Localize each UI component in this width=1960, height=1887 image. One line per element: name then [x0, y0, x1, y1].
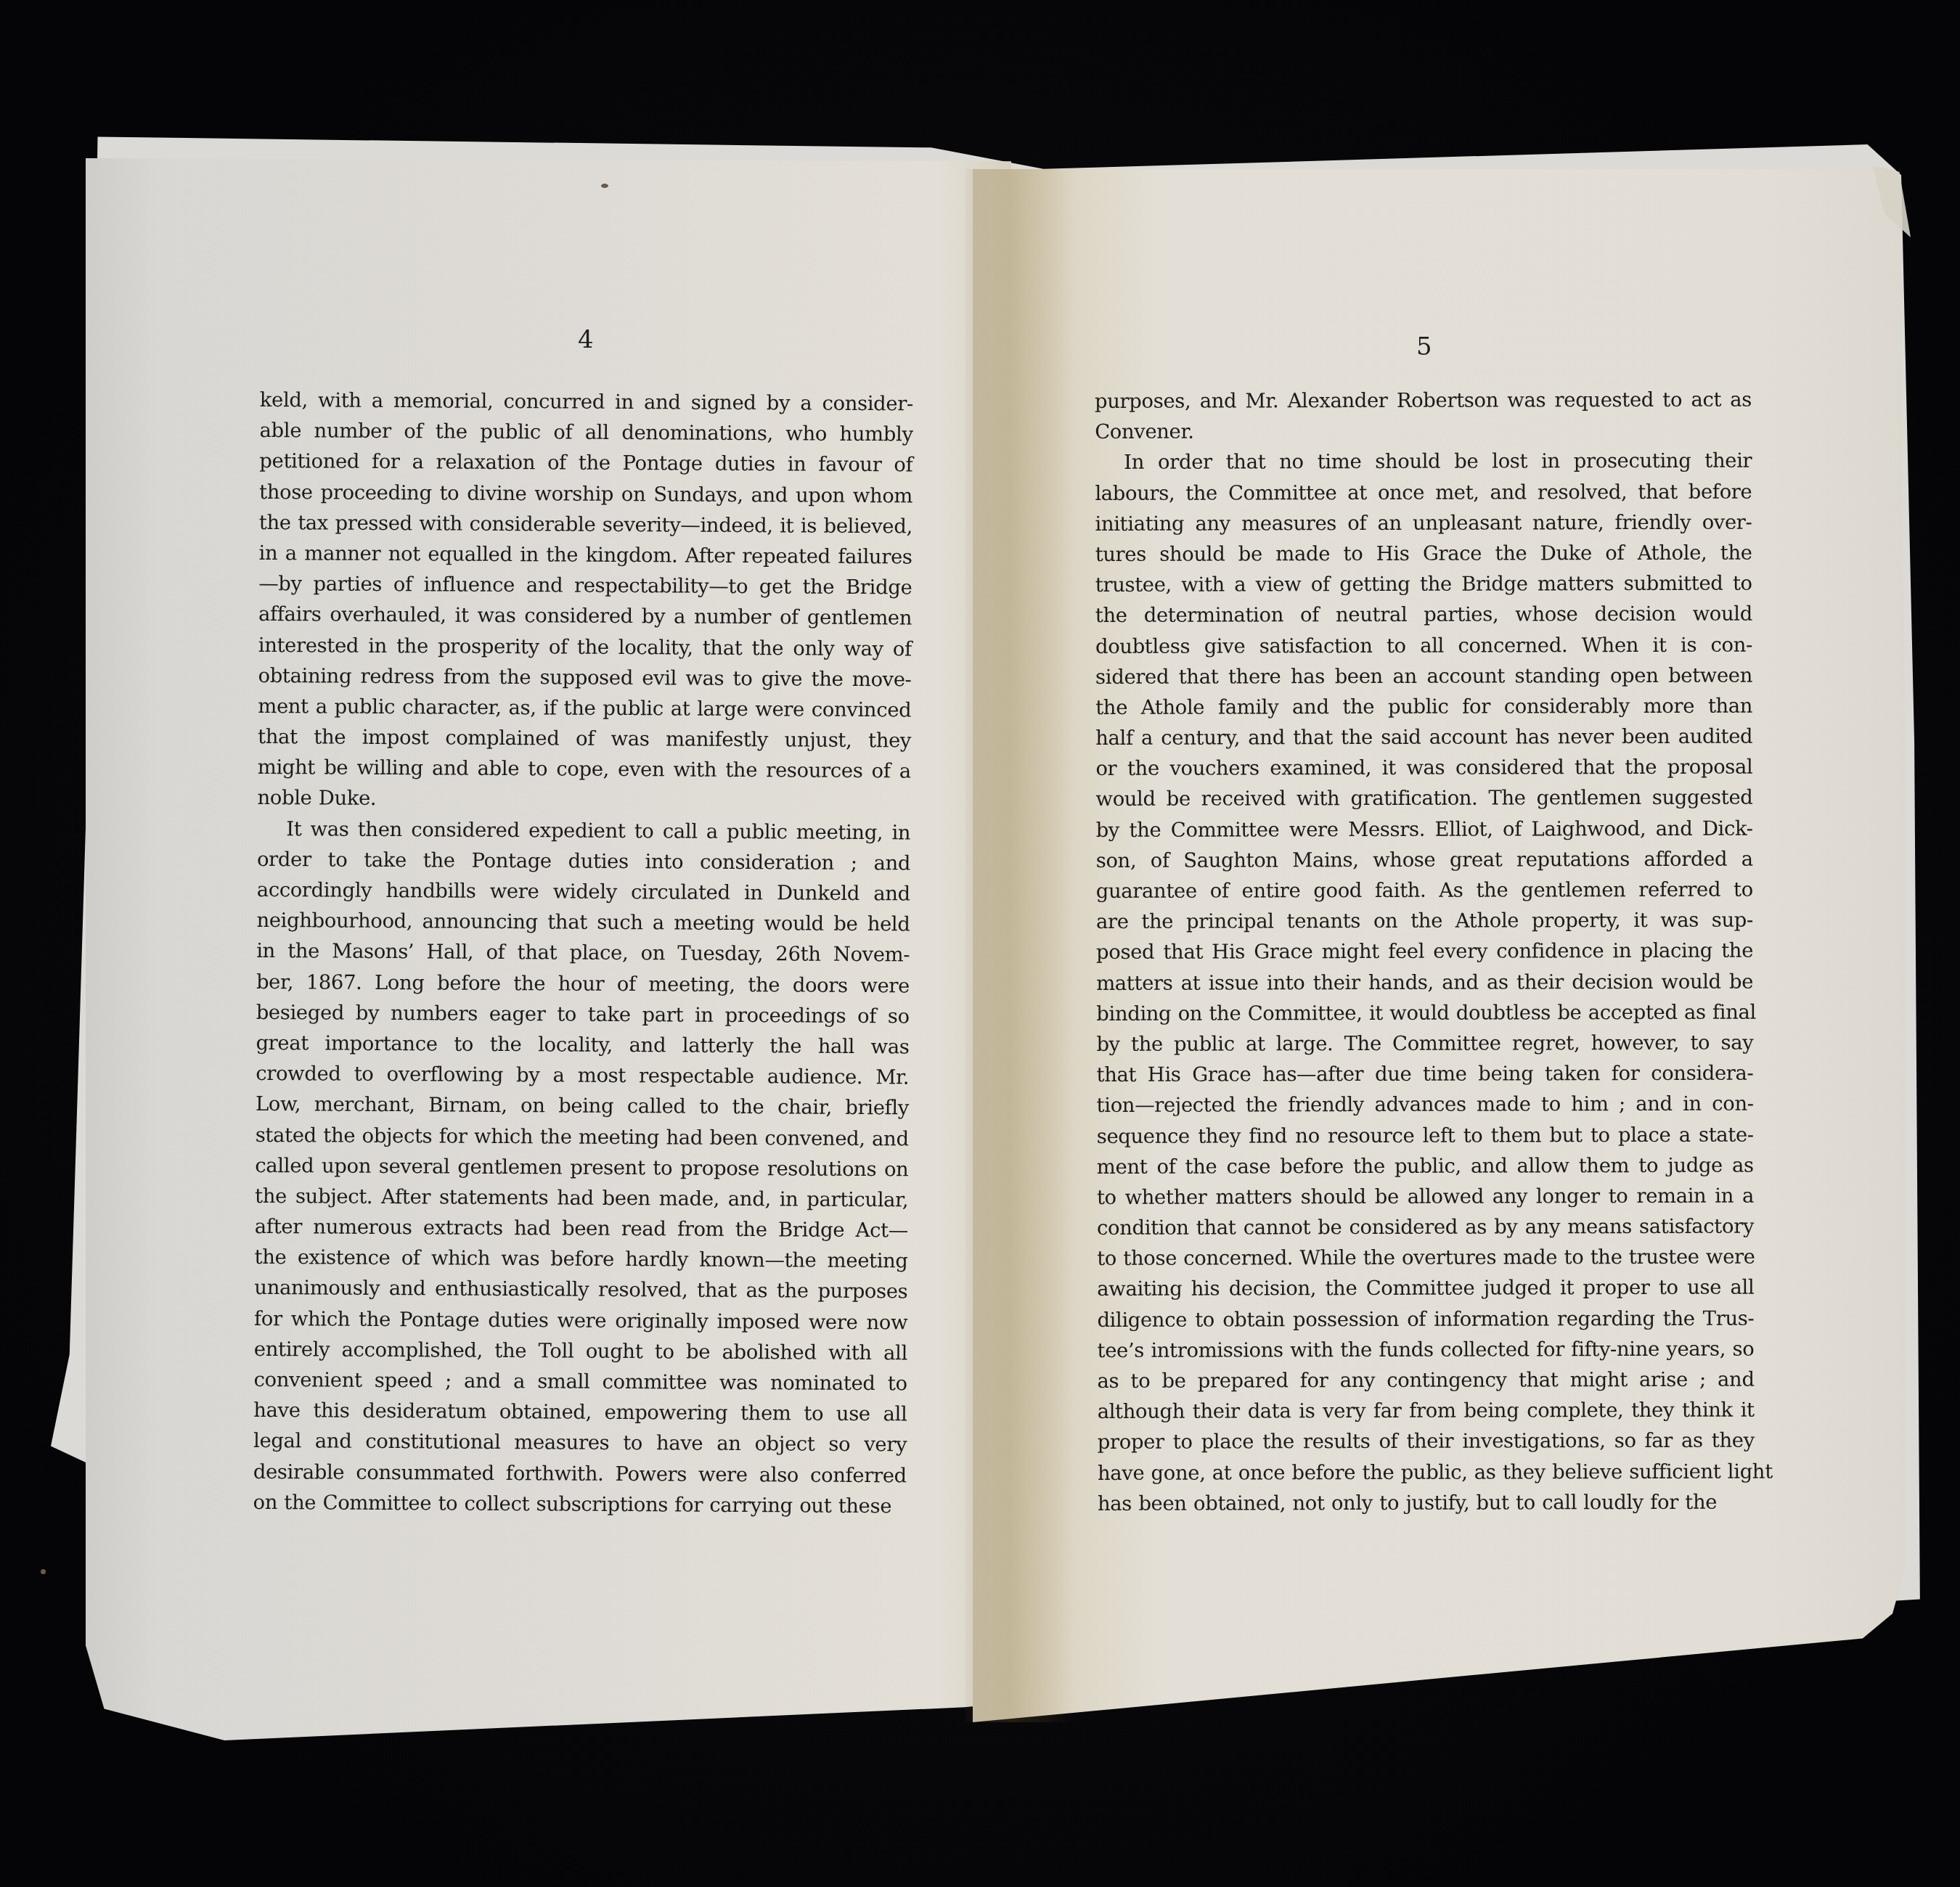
text-line: tee’s intromissions with the funds colle…: [1097, 1333, 1754, 1366]
page-number-right: 5: [1416, 332, 1432, 361]
text-line: It was then considered expedient to call…: [257, 814, 910, 848]
text-line: for which the Pontage duties were origin…: [254, 1303, 907, 1338]
text-line: that His Grace has—after due time being …: [1096, 1058, 1753, 1091]
text-line: initiating any measures of an unpleasant…: [1095, 507, 1752, 539]
text-line: in a manner not equalled in the kingdom.…: [258, 538, 912, 573]
text-line: condition that cannot be considered as b…: [1097, 1211, 1754, 1244]
text-line: purposes, and Mr. Alexander Robertson wa…: [1095, 385, 1752, 417]
text-line: stated the objects for which the meeting…: [256, 1119, 909, 1154]
text-line: affairs overhauled, it was considered by…: [258, 599, 912, 634]
text-line: posed that His Grace might feel every co…: [1096, 936, 1753, 968]
scan-background: 4 5 keld, with a memorial, concurred in …: [0, 0, 1960, 1887]
text-line: are the principal tenants on the Athole …: [1096, 905, 1753, 938]
text-line: order to take the Pontage duties into co…: [257, 844, 910, 879]
text-line: entirely accomplished, the Toll ought to…: [254, 1334, 907, 1369]
left-page-body: keld, with a memorial, concurred in and …: [253, 385, 913, 1521]
text-line: ment of the case before the public, and …: [1097, 1150, 1754, 1182]
text-line: —by parties of influence and respectabil…: [258, 568, 912, 603]
text-line: tures should be made to His Grace the Du…: [1095, 538, 1752, 570]
text-line: desirable consummated forthwith. Powers …: [253, 1457, 907, 1491]
page-number-left: 4: [578, 325, 594, 354]
text-line: ber, 1867. Long before the hour of meeti…: [256, 967, 910, 1002]
text-line: the existence of which was before hardly…: [255, 1242, 908, 1277]
text-line: besieged by numbers eager to take part i…: [256, 997, 910, 1032]
text-line: trustee, with a view of getting the Brid…: [1095, 568, 1752, 601]
text-line: might be willing and able to cope, even …: [258, 752, 911, 787]
text-line: guarantee of entire good faith. As the g…: [1096, 875, 1753, 907]
right-page-body: purposes, and Mr. Alexander Robertson wa…: [1095, 385, 1755, 1519]
text-line: by the public at large. The Committee re…: [1096, 1028, 1753, 1060]
text-line: that the impost complained of was manife…: [258, 721, 911, 756]
text-line: labours, the Committee at once met, and …: [1095, 476, 1752, 509]
text-line: Convener.: [1095, 415, 1752, 448]
paper-speck: [601, 184, 608, 188]
text-line: binding on the Committee, it would doubt…: [1096, 996, 1753, 1029]
text-line: half a century, and that the said accoun…: [1095, 721, 1752, 754]
text-line: sequence they find no resource left to t…: [1097, 1119, 1754, 1152]
text-line: interested in the prosperity of the loca…: [258, 629, 912, 664]
text-line: the Athole family and the public for con…: [1095, 691, 1752, 724]
text-line: proper to place the results of their inv…: [1098, 1425, 1755, 1458]
text-line: the subject. After statements had been m…: [255, 1181, 908, 1216]
text-line: crowded to overflowing by a most respect…: [256, 1058, 909, 1093]
text-line: called upon several gentlemen present to…: [255, 1150, 908, 1185]
text-line: the determination of neutral parties, wh…: [1095, 599, 1752, 631]
text-line: able number of the public of all denomin…: [259, 415, 912, 450]
text-line: would be received with gratification. Th…: [1095, 782, 1752, 815]
text-line: on the Committee to collect subscription…: [253, 1487, 906, 1522]
text-line: Low, merchant, Birnam, on being called t…: [256, 1089, 909, 1123]
text-line: in the Masons’ Hall, of that place, on T…: [256, 936, 910, 970]
text-line: has been obtained, not only to justify, …: [1098, 1486, 1755, 1519]
text-line: ment a public character, as, if the publ…: [258, 691, 911, 726]
text-line: In order that no time should be lost in …: [1095, 446, 1752, 478]
text-line: or the vouchers examined, it was conside…: [1095, 752, 1752, 785]
text-line: as to be prepared for any contingency th…: [1098, 1364, 1755, 1397]
text-line: have this desideratum obtained, empoweri…: [253, 1395, 907, 1430]
text-line: convenient speed ; and a small committee…: [253, 1364, 907, 1399]
text-line: petitioned for a relaxation of the Ponta…: [259, 446, 912, 480]
text-line: to those concerned. While the overtures …: [1097, 1242, 1754, 1274]
text-line: awaiting his decision, the Committee jud…: [1097, 1272, 1754, 1305]
paper-speck: [41, 1569, 46, 1574]
text-line: keld, with a memorial, concurred in and …: [260, 385, 913, 419]
text-line: obtaining redress from the supposed evil…: [258, 660, 911, 695]
text-line: neighbourhood, announcing that such a me…: [256, 905, 910, 940]
text-line: tion—rejected the friendly advances made…: [1097, 1089, 1754, 1121]
text-line: doubtless give satisfaction to all conce…: [1095, 629, 1752, 662]
text-line: by the Committee were Messrs. Elliot, of…: [1096, 813, 1753, 846]
text-line: after numerous extracts had been read fr…: [255, 1211, 908, 1246]
text-line: great importance to the locality, and la…: [256, 1028, 909, 1063]
text-line: unanimously and enthusiastically resolve…: [254, 1272, 907, 1307]
text-line: diligence to obtain possession of inform…: [1097, 1303, 1754, 1335]
text-line: accordingly handbills were widely circul…: [257, 875, 910, 909]
text-line: sidered that there has been an account s…: [1095, 660, 1752, 692]
text-line: to whether matters should be allowed any…: [1097, 1181, 1754, 1213]
text-line: son, of Saughton Mains, whose great repu…: [1096, 843, 1753, 876]
text-line: those proceeding to divine worship on Su…: [259, 477, 912, 512]
text-line: although their data is very far from bei…: [1098, 1395, 1755, 1428]
text-line: the tax pressed with considerable severi…: [259, 507, 912, 542]
text-line: legal and constitutional measures to hav…: [253, 1425, 907, 1460]
text-line: have gone, at once before the public, as…: [1098, 1456, 1755, 1489]
text-line: noble Duke.: [257, 782, 910, 817]
text-line: matters at issue into their hands, and a…: [1096, 966, 1753, 999]
